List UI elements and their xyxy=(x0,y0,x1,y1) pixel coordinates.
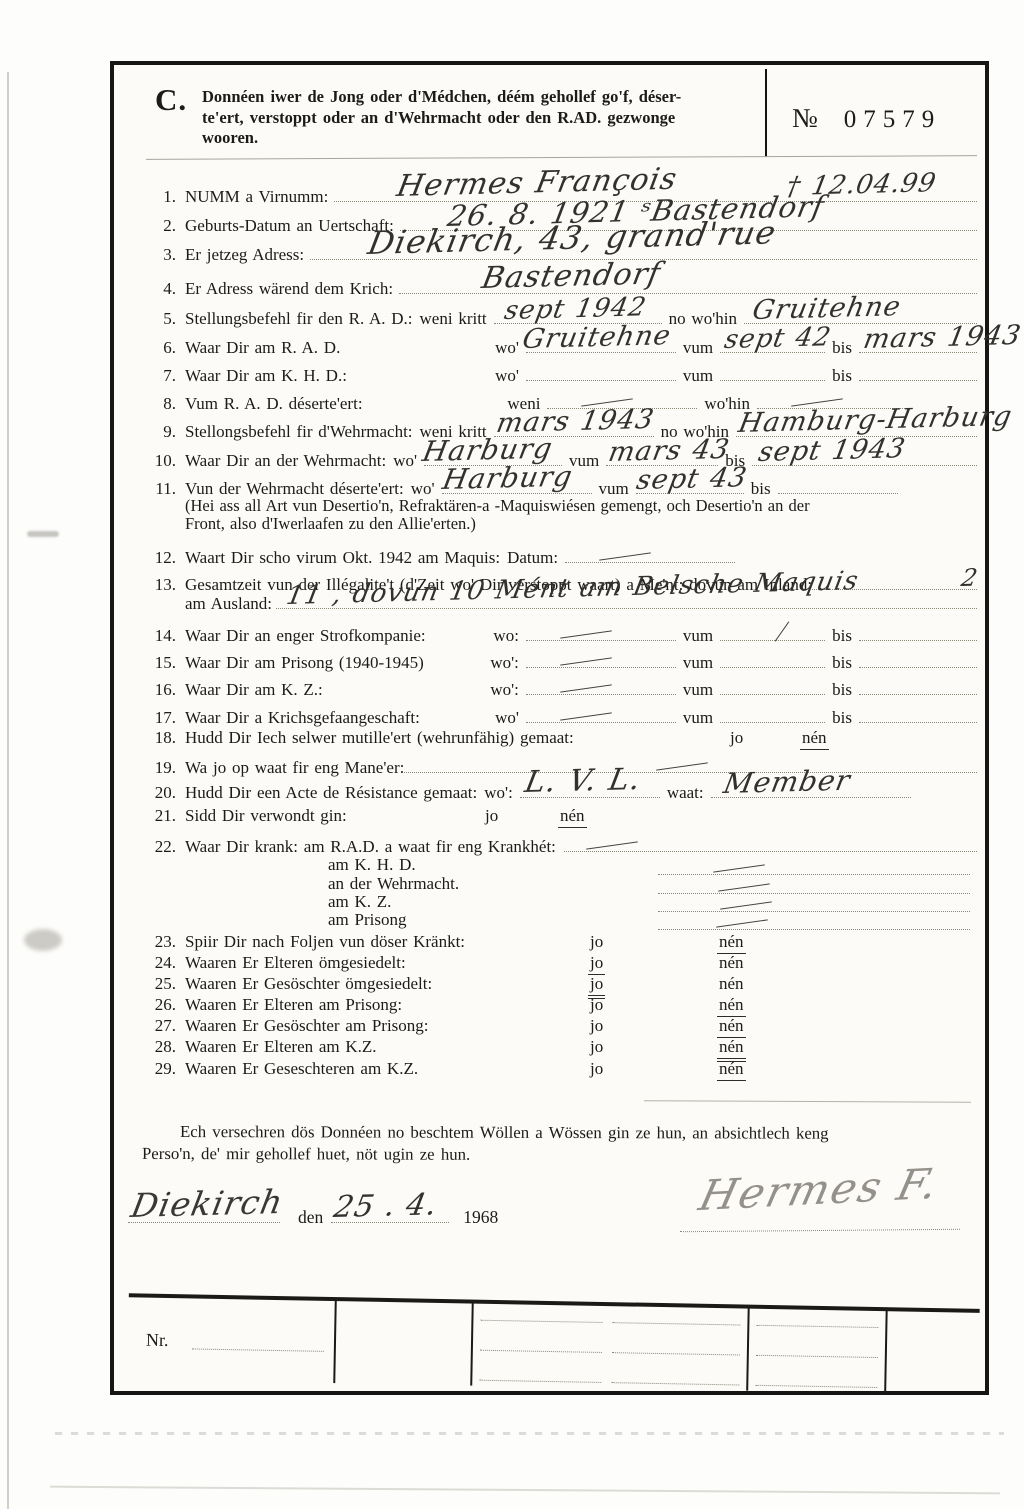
option-nen-selected: nén xyxy=(717,995,746,1017)
header-rule xyxy=(146,155,977,160)
scan-noise xyxy=(55,1432,1004,1435)
option-jo-selected: jo xyxy=(588,953,605,975)
field-label-vum: vum xyxy=(683,653,713,673)
field-label-bis: bis xyxy=(832,680,852,700)
date-line: 25 . 4. xyxy=(331,1203,449,1223)
question-number: 20. xyxy=(138,783,176,803)
answer-line xyxy=(526,648,676,668)
handwritten-war-address: Bastendorf xyxy=(479,256,664,296)
question-label: Waaren Er Elteren ömgesiedelt: xyxy=(185,953,406,973)
option-jo: jo xyxy=(588,995,605,1016)
declaration-line2: Perso'n, de' mir gehollef huet, nöt ugin… xyxy=(142,1143,470,1163)
option-nen-selected: nén xyxy=(717,932,746,954)
question-label: Waaren Er Gesöschter am Prisong: xyxy=(185,1016,429,1036)
question-number: 15. xyxy=(138,653,176,673)
header-divider xyxy=(765,69,767,157)
question-label: Spiir Dir nach Foljen vun döser Kränkt: xyxy=(185,932,465,952)
dash-stroke xyxy=(718,883,770,891)
den-label: den xyxy=(298,1207,323,1228)
question-label: Waaren Er Geseschteren am K.Z. xyxy=(185,1059,418,1079)
sub-label: am K. Z. xyxy=(328,892,391,912)
field-group: wo' vum bis xyxy=(488,361,977,386)
dash-stroke xyxy=(716,919,768,927)
answer-line xyxy=(859,648,977,668)
question-row-16: 16. Waar Dir am K. Z.: wo': vum bis xyxy=(138,675,977,699)
numero-symbol: № xyxy=(792,103,818,133)
form-title-line1: Donnéen iwer de Jong oder d'Médchen, déé… xyxy=(202,87,681,106)
question-11-note-line2: Front, also d'Iwerlaafen zu den Allie'er… xyxy=(185,514,975,534)
field-group: wo': vum bis xyxy=(483,675,977,700)
cell-dotted-line xyxy=(480,1350,602,1353)
handwritten-inland-months: 2 xyxy=(959,564,981,592)
question-label: Waar Dir am K. Z.: xyxy=(185,680,323,700)
question-number: 3. xyxy=(138,245,176,265)
answer-line xyxy=(720,675,825,695)
field-label-vum: vum xyxy=(683,708,713,728)
question-number: 6. xyxy=(138,338,176,358)
question-number: 16. xyxy=(138,680,176,700)
question-row-17: 17. Waar Dir a Krichsgefaangeschaft: wo'… xyxy=(138,703,977,727)
question-label: Waar Dir a Krichsgefaangeschaft: xyxy=(185,708,420,728)
question-row-15: 15. Waar Dir am Prisong (1940-1945) wo':… xyxy=(138,648,977,672)
field-group: wo' Gruitehne vum sept 42 bis mars 1943 xyxy=(488,333,977,358)
answer-line xyxy=(526,675,676,695)
answer-line xyxy=(720,361,825,381)
document-number: №07579 xyxy=(792,103,941,134)
scan-smudge xyxy=(27,531,59,537)
question-row-6: 6. Waar Dir am R. A. D. wo' Gruitehne vu… xyxy=(138,333,977,357)
question-label: Waaren Er Elteren am Prisong: xyxy=(185,995,402,1015)
handwritten-from: sept 42 xyxy=(722,322,834,355)
question-label: NUMM a Virnumm: xyxy=(185,187,328,207)
dash-stroke xyxy=(713,864,765,872)
option-nen-selected: nén xyxy=(558,806,587,828)
field-label-wo: wo': xyxy=(490,680,519,700)
question-row-18: 18. Hudd Dir Iech selwer mutille'ert (we… xyxy=(138,728,977,752)
question-label: Waar Dir krank: am R.A.D. a waat fir eng… xyxy=(185,837,556,857)
question-row-13b: am Ausland: 11 , dovun 10 Mént am Belsch… xyxy=(138,589,977,613)
question-label: Geburts-Datum an Uertschaft: xyxy=(185,216,394,236)
answer-line: sept 42 xyxy=(720,333,825,353)
field-label-bis: bis xyxy=(832,708,852,728)
question-number: 17. xyxy=(138,708,176,728)
cell-dotted-line xyxy=(479,1380,601,1383)
option-nen: nén xyxy=(717,953,746,974)
question-label: Er Adress wärend dem Krich: xyxy=(185,279,393,299)
dash-stroke xyxy=(560,657,612,665)
question-number: 19. xyxy=(138,758,176,778)
cell-dotted-line xyxy=(756,1355,878,1358)
question-row-21: 21. Sidd Dir verwondt gin: jo nén xyxy=(138,806,977,830)
question-row-20: 20. Hudd Dir een Acte de Résistance gema… xyxy=(138,778,977,802)
dash-stroke xyxy=(599,552,651,560)
handwritten-organisation: L. V. L. xyxy=(522,762,644,800)
answer-line xyxy=(859,675,977,695)
field-label-vum: vum xyxy=(683,626,713,646)
declaration-paragraph: Ech versechren dös Donnéen no beschtem W… xyxy=(142,1121,969,1166)
question-number: 24. xyxy=(138,953,176,973)
question-number: 2. xyxy=(138,216,176,236)
question-number: 23. xyxy=(138,932,176,952)
field-label-bis: bis xyxy=(832,626,852,646)
option-jo: jo xyxy=(588,932,605,953)
field-label-bis: bis xyxy=(832,653,852,673)
answer-line xyxy=(658,910,970,930)
dash-stroke xyxy=(586,841,638,849)
option-jo: jo xyxy=(728,728,745,749)
question-label: Waar Dir an der Wehrmacht: xyxy=(185,451,386,471)
scan-paper-edge-bottom xyxy=(50,1486,1000,1495)
dash-stroke xyxy=(656,762,708,770)
question-label: Sidd Dir verwondt gin: xyxy=(185,806,347,826)
question-number: 18. xyxy=(138,728,176,748)
sub-label: am K. H. D. xyxy=(328,855,416,875)
question-number: 25. xyxy=(138,974,176,994)
scan-smudge xyxy=(24,929,62,951)
field-label-vum: vum xyxy=(683,338,713,358)
year-label: 1968 xyxy=(463,1207,498,1228)
cell-dotted-line xyxy=(755,1385,877,1388)
question-label: Waar Dir an enger Strofkompanie: xyxy=(185,626,426,646)
sub-label: an der Wehrmacht. xyxy=(328,874,459,894)
sub-label: am Prisong xyxy=(328,910,406,930)
question-label: Hudd Dir een Acte de Résistance gemaat: xyxy=(185,783,477,803)
option-jo: jo xyxy=(483,806,500,827)
nr-label: Nr. xyxy=(146,1330,169,1351)
answer-line: sept 43 xyxy=(636,474,744,494)
handwritten-place: Diekirch xyxy=(128,1182,287,1225)
question-number: 14. xyxy=(138,626,176,646)
option-jo: jo xyxy=(588,1059,605,1080)
dash-stroke xyxy=(560,684,612,692)
table-divider xyxy=(884,1310,888,1393)
table-divider xyxy=(470,1303,474,1386)
question-label: Waaren Er Elteren am K.Z. xyxy=(185,1037,377,1057)
answer-line xyxy=(720,648,825,668)
option-nen-selected: nén xyxy=(717,1059,746,1081)
dash-stroke xyxy=(560,712,612,720)
handwritten-date: 25 . 4. xyxy=(331,1187,440,1225)
question-row-7: 7. Waar Dir am K. H. D.: wo' vum bis xyxy=(138,361,977,385)
answer-line xyxy=(658,855,970,875)
option-nen: nén xyxy=(717,974,746,995)
question-label: Waar Dir am Prisong (1940-1945) xyxy=(185,653,424,673)
question-number: 10. xyxy=(138,451,176,471)
slash-stroke xyxy=(775,621,790,641)
question-number: 5. xyxy=(138,309,176,329)
answer-line xyxy=(859,621,977,641)
question-row-14: 14. Waar Dir an enger Strofkompanie: wo:… xyxy=(138,621,977,645)
question-number: 1. xyxy=(138,187,176,207)
dash-stroke xyxy=(560,630,612,638)
answer-line: L. V. L. xyxy=(520,778,660,798)
field-group: wo': vum bis xyxy=(483,648,977,673)
section-letter: C. xyxy=(155,82,187,118)
handwritten-until: sept 1943 xyxy=(756,433,908,468)
form-content: C. Donnéen iwer de Jong oder d'Médchen, … xyxy=(114,65,985,1391)
field-label-wo: wo: xyxy=(493,626,519,646)
field-label-waat: waat: xyxy=(667,783,704,803)
answer-line: sept 1943 xyxy=(752,446,977,466)
field-label-vum: vum xyxy=(683,366,713,386)
answer-line: mars 1943 xyxy=(859,333,977,353)
nr-dotted-line xyxy=(192,1348,324,1351)
question-number: 4. xyxy=(138,279,176,299)
question-label: Waaren Er Gesöschter ömgesiedelt: xyxy=(185,974,432,994)
field-label-wo: wo' xyxy=(495,338,519,358)
option-jo: jo xyxy=(588,1037,605,1058)
answer-line: Member xyxy=(711,778,911,798)
question-label: Vum R. A. D. déserte'ert: xyxy=(185,394,363,414)
question-row-28: 28. Waaren Er Elteren am K.Z. jo nén xyxy=(138,1037,977,1061)
field-label-datum: Datum: xyxy=(507,548,558,568)
question-number: 9. xyxy=(138,422,176,442)
date-row: Diekirch den 25 . 4. 1968 xyxy=(128,1203,505,1229)
option-nen-selected: nén xyxy=(717,1016,746,1038)
table-top-border xyxy=(129,1293,980,1312)
field-label-weni-kritt: weni kritt xyxy=(420,309,487,329)
declaration-line1: Ech versechren dös Donnéen no beschtem W… xyxy=(180,1122,829,1143)
question-number: 29. xyxy=(138,1059,176,1079)
question-number: 7. xyxy=(138,366,176,386)
question-number: 12. xyxy=(138,548,176,568)
question-number: 21. xyxy=(138,806,176,826)
field-group: wo: vum bis xyxy=(486,621,977,646)
cell-dotted-line xyxy=(612,1352,740,1355)
handwritten-place: Gruitehne xyxy=(750,291,904,326)
answer-line xyxy=(526,703,676,723)
answer-line: Gruitehne xyxy=(744,304,977,324)
answer-line xyxy=(565,543,735,563)
field-label-bis: bis xyxy=(832,338,852,358)
answer-line: 11 , dovun 10 Mént am Belsche Maquis xyxy=(276,589,977,609)
answer-line xyxy=(526,621,676,641)
scan-paper-edge xyxy=(7,72,9,1509)
answer-line: Gruitehne xyxy=(526,333,676,353)
question-label: Hudd Dir Iech selwer mutille'ert (wehrun… xyxy=(185,728,574,748)
question-label: Waar Dir am R. A. D. xyxy=(185,338,340,358)
question-label: Er jetzeg Adress: xyxy=(185,245,304,265)
question-11-note-line1: (Hei ass all Art vun Desertio'n, Refrakt… xyxy=(185,496,975,516)
cell-dotted-line xyxy=(612,1322,740,1325)
question-number: 28. xyxy=(138,1037,176,1057)
answer-line xyxy=(859,361,977,381)
question-number: 27. xyxy=(138,1016,176,1036)
signature-line xyxy=(680,1229,960,1232)
numero-value: 07579 xyxy=(844,106,942,133)
field-label-wo: wo': xyxy=(484,783,513,803)
handwritten-place: Harburg xyxy=(440,460,576,496)
field-group: wo' vum bis xyxy=(488,703,977,728)
cell-dotted-line xyxy=(611,1382,739,1385)
answer-line xyxy=(526,361,676,381)
question-row-22-sub4: am Prisong xyxy=(138,910,977,934)
answer-line xyxy=(720,703,825,723)
handwritten-until: mars 1943 xyxy=(861,320,1024,355)
field-label-wo: wo' xyxy=(495,366,519,386)
form-title: Donnéen iwer de Jong oder d'Médchen, déé… xyxy=(202,87,754,149)
question-row-29: 29. Waaren Er Geseschteren am K.Z. jo né… xyxy=(138,1059,977,1083)
place-line: Diekirch xyxy=(128,1203,280,1223)
dash-stroke xyxy=(720,901,772,909)
field-label-bis: bis xyxy=(832,366,852,386)
table-divider xyxy=(746,1308,750,1391)
question-number: 22. xyxy=(138,837,176,857)
answer-line xyxy=(859,703,977,723)
answer-line xyxy=(778,474,898,494)
field-label-wo: wo' xyxy=(393,451,417,471)
field-label-vum: vum xyxy=(683,680,713,700)
answer-line xyxy=(564,832,977,852)
cell-dotted-line xyxy=(480,1320,602,1323)
question-label: Stellongsbefehl fir d'Wehrmacht: xyxy=(185,422,413,442)
handwritten-from: sept 43 xyxy=(634,462,750,496)
form-title-line2: te'ert, verstoppt oder an d'Wehrmacht od… xyxy=(202,108,675,127)
option-jo: jo xyxy=(588,1016,605,1037)
table-divider xyxy=(333,1300,337,1383)
field-label-wo: wo': xyxy=(490,653,519,673)
question-number: 8. xyxy=(138,394,176,414)
answer-line: Harburg xyxy=(442,474,592,494)
footer-separator xyxy=(644,1100,971,1102)
form-frame: C. Donnéen iwer de Jong oder d'Médchen, … xyxy=(110,61,989,1395)
signature: Hermes F. xyxy=(695,1159,945,1220)
answer-line xyxy=(720,621,825,641)
question-label: Waar Dir am K. H. D.: xyxy=(185,366,347,386)
question-number: 26. xyxy=(138,995,176,1015)
question-row-12: 12. Waart Dir scho virum Okt. 1942 am Ma… xyxy=(138,543,977,567)
handwritten-role: Member xyxy=(721,764,853,800)
answer-line xyxy=(658,874,970,894)
handwritten-place: Gruitehne xyxy=(520,320,674,355)
question-row-22: 22. Waar Dir krank: am R.A.D. a waat fir… xyxy=(138,832,977,856)
question-number: 11. xyxy=(138,479,176,499)
option-nen-selected: nén xyxy=(800,728,829,750)
cell-dotted-line xyxy=(756,1325,878,1328)
form-title-line3: wooren. xyxy=(202,128,258,147)
answer-line xyxy=(658,892,970,912)
question-label: Wa jo op waat fir eng Mane'er: xyxy=(185,758,404,778)
answer-line xyxy=(404,753,977,773)
question-label: Stellungsbefehl fir den R. A. D.: xyxy=(185,309,413,329)
question-label2: am Ausland: xyxy=(185,594,272,614)
question-row-11: 11. Vun der Wehrmacht déserte'ert: wo' H… xyxy=(138,474,977,498)
bottom-table: Nr. xyxy=(119,1293,979,1395)
question-label: Waart Dir scho virum Okt. 1942 am Maquis… xyxy=(185,548,500,568)
field-label-wo: wo' xyxy=(495,708,519,728)
